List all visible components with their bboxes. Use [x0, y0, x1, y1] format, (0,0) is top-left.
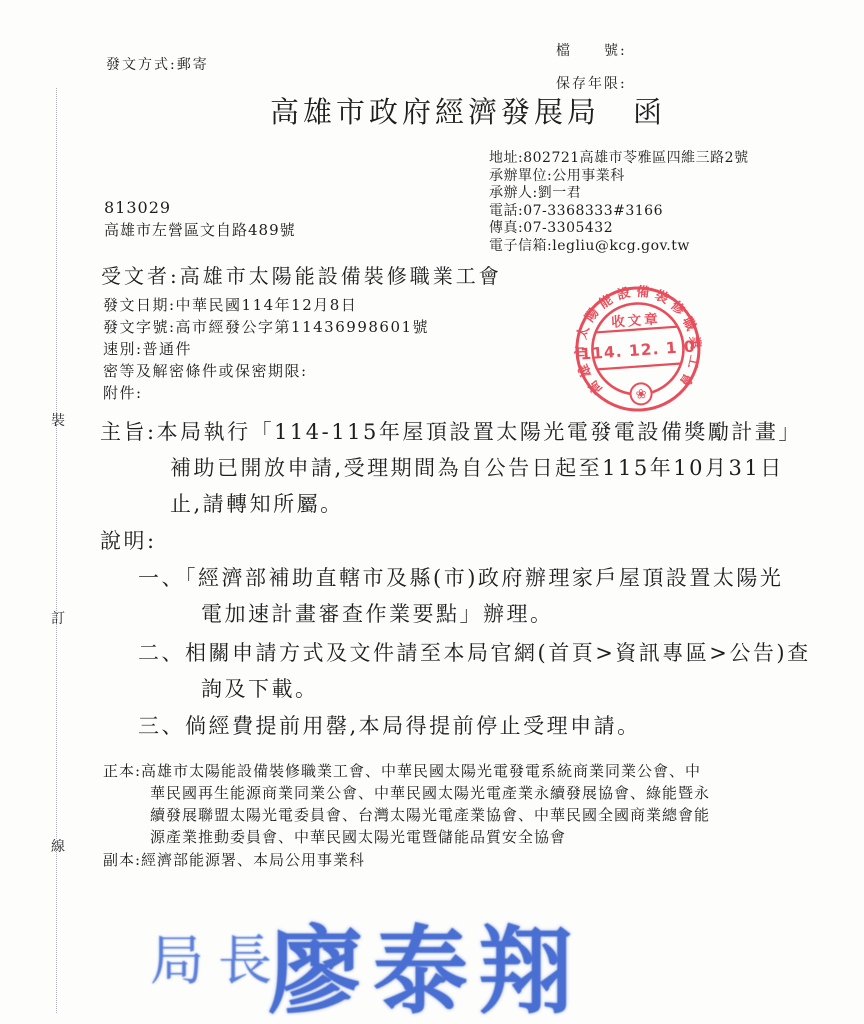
- explanation-item3-line1: 三、倘經費提前用罄,本局得提前停止受理申請。: [138, 710, 641, 740]
- stamp-date: 114. 12. 1 0: [580, 337, 696, 363]
- meta-security: 密等及解密條件或保密期限:: [103, 360, 308, 381]
- subject-line-2: 補助已開放申請,受理期間為自公告日起至115年10月31日: [170, 452, 784, 482]
- send-method-label: 發文方式:郵寄: [106, 54, 209, 74]
- subject-line-3: 止,請轉知所屬。: [170, 488, 344, 518]
- agency-contact-block: 地址:802721高雄市苓雅區四維三路2號 承辦單位:公用事業科 承辦人:劉一君…: [489, 150, 749, 255]
- agency-unit: 承辦單位:公用事業科: [489, 168, 749, 186]
- meta-attachment: 附件:: [103, 382, 143, 403]
- signature-name: 廖泰翔: [268, 896, 583, 1024]
- file-number-label: 檔 號:: [556, 40, 627, 60]
- signature-title: 局長: [150, 918, 286, 995]
- recipient-line: 受文者:高雄市太陽能設備裝修職業工會: [101, 260, 502, 289]
- document-title: 高雄市政府經濟發展局 函: [270, 90, 666, 131]
- original-recipients-line-2: 華民國再生能源商業同業公會、中華民國太陽光電產業永續發展協會、綠能暨永: [150, 782, 710, 803]
- document-page: 裝 訂 線 發文方式:郵寄 檔 號: 保存年限: 高雄市政府經濟發展局 函 地址…: [0, 0, 864, 1024]
- explanation-item2-line2: 詢及下載。: [201, 673, 319, 703]
- agency-address: 地址:802721高雄市苓雅區四維三路2號: [489, 150, 749, 168]
- subject-line-1: 主旨:本局執行「114-115年屋頂設置太陽光電發電設備獎勵計畫」: [100, 416, 802, 446]
- explanation-item1-line1: 一、「經濟部補助直轄市及縣(市)政府辦理家戶屋頂設置太陽光: [138, 562, 783, 592]
- explanation-heading: 說明:: [100, 525, 157, 555]
- agency-email: 電子信箱:legliu@kcg.gov.tw: [489, 238, 749, 256]
- copy-recipients-line: 副本:經濟部能源署、本局公用事業科: [103, 849, 365, 870]
- binding-mark-ding: 訂: [49, 608, 67, 628]
- meta-speed: 速別:普通件: [103, 338, 192, 359]
- binding-mark-xian: 線: [49, 836, 67, 856]
- recipient-zip: 813029: [104, 198, 171, 217]
- original-recipients-line-4: 源產業推動委員會、中華民國太陽光電暨儲能品質安全協會: [150, 826, 566, 847]
- binding-dotted-line: [56, 88, 57, 1013]
- stamp-plum-blossom-icon: ❀: [635, 387, 647, 403]
- meta-doc-number: 發文字號:高市經發公字第11436998601號: [103, 316, 429, 337]
- agency-fax: 傳真:07-3305432: [489, 220, 749, 238]
- agency-phone: 電話:07-3368333#3166: [489, 203, 749, 221]
- stamp-band-bottom-line: [597, 364, 681, 370]
- original-recipients-line-3: 續發展聯盟太陽光電委員會、台灣太陽光電產業協會、中華民國全國商業總會能: [150, 804, 710, 825]
- stamp-received-label: 收文章: [611, 310, 662, 330]
- meta-issue-date: 發文日期:中華民國114年12月8日: [103, 294, 357, 315]
- received-stamp: 高雄市太陽能設備裝修職業工會 收文章 114. 12. 1 0 ❀: [559, 271, 717, 429]
- explanation-item2-line1: 二、相關申請方式及文件請至本局官網(首頁>資訊專區>公告)查: [138, 637, 811, 667]
- original-recipients-line-1: 正本:高雄市太陽能設備裝修職業工會、中華民國太陽光電發電系統商業同業公會、中: [103, 760, 701, 781]
- binding-mark-zhuang: 裝: [49, 410, 67, 430]
- recipient-street: 高雄市左營區文自路489號: [104, 219, 296, 240]
- explanation-item1-line2: 電加速計畫審查作業要點」辦理。: [201, 598, 554, 628]
- agency-contact-person: 承辦人:劉一君: [489, 185, 749, 203]
